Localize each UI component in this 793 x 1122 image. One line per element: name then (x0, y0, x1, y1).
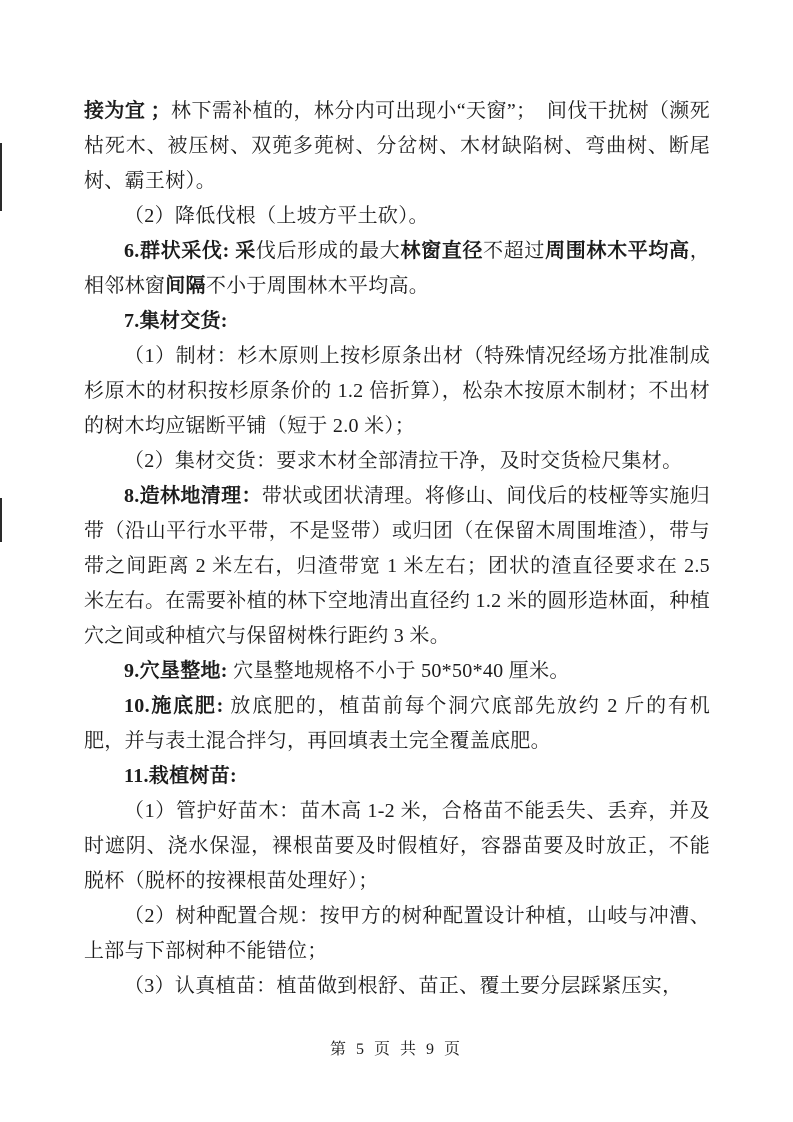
text-run: 带状或团状清理。将修山、间伐后的枝桠等实施归带（沿山平行水平带，不是竖带）或归团… (84, 485, 710, 647)
text-run: （1）管护好苗木：苗木高 1-2 米，合格苗不能丢失、丢弃，并及时遮阴、浇水保湿… (84, 800, 710, 892)
paragraph: 8.造林地清理：带状或团状清理。将修山、间伐后的枝桠等实施归带（沿山平行水平带，… (84, 479, 710, 654)
paragraph: （2）降低伐根（上坡方平土砍）。 (84, 199, 710, 234)
paragraph: 9.穴垦整地: 穴垦整地规格不小于 50*50*40 厘米。 (84, 654, 710, 689)
page-number-text: 第 5 页 共 9 页 (330, 1041, 463, 1058)
text-run: 不超过 (483, 240, 545, 262)
paragraph: 10.施底肥: 放底肥的，植苗前每个洞穴底部先放约 2 斤的有机肥，并与表土混合… (84, 689, 710, 759)
scan-edge-artifact (0, 143, 2, 211)
text-run: （2）树种配置合规：按甲方的树种配置设计种植，山岐与冲漕、上部与下部树种不能错位… (84, 905, 710, 962)
text-run: （2）降低伐根（上坡方平土砍）。 (124, 205, 429, 227)
text-run-bold: 林窗直径 (400, 240, 483, 262)
document-body: 接为宜 ；林下需补植的，林分内可出现小“天窗”； 间伐干扰树（濒死枯死木、被压树… (84, 94, 710, 1004)
paragraph: 接为宜 ；林下需补植的，林分内可出现小“天窗”； 间伐干扰树（濒死枯死木、被压树… (84, 94, 710, 199)
text-run-bold: 11.栽植树苗: (124, 765, 237, 787)
paragraph: （1）制材：杉木原则上按杉原条出材（特殊情况经场方批准制成杉原木的材积按杉原条价… (84, 339, 710, 444)
paragraph: （2）集材交货：要求木材全部清拉干净，及时交货检尺集材。 (84, 444, 710, 479)
text-run-bold: 7.集材交货: (124, 310, 228, 332)
paragraph: 7.集材交货: (84, 304, 710, 339)
text-run: 穴垦整地规格不小于 50*50*40 厘米。 (228, 660, 570, 682)
text-run: （2）集材交货：要求木材全部清拉干净，及时交货检尺集材。 (124, 450, 682, 472)
page-footer: 第 5 页 共 9 页 (0, 1036, 793, 1059)
text-run-bold: 6.群状采伐: 采 (124, 240, 256, 262)
paragraph: （2）树种配置合规：按甲方的树种配置设计种植，山岐与冲漕、上部与下部树种不能错位… (84, 899, 710, 969)
document-page: 接为宜 ；林下需补植的，林分内可出现小“天窗”； 间伐干扰树（濒死枯死木、被压树… (0, 0, 793, 1122)
text-run: 不小于周围林木平均高。 (206, 275, 429, 297)
text-run-bold: 周围林木平均高 (545, 240, 690, 262)
text-run-bold: 8.造林地清理： (124, 485, 262, 507)
paragraph: （1）管护好苗木：苗木高 1-2 米，合格苗不能丢失、丢弃，并及时遮阴、浇水保湿… (84, 794, 710, 899)
scan-edge-artifact (0, 498, 2, 542)
text-run: 林下需补植的，林分内可出现小“天窗”； 间伐干扰树（濒死枯死木、被压树、双蔸多蔸… (84, 100, 710, 192)
text-run-bold: 9.穴垦整地: (124, 660, 228, 682)
text-run-bold: 10.施底肥: (124, 695, 224, 717)
text-run: （1）制材：杉木原则上按杉原条出材（特殊情况经场方批准制成杉原木的材积按杉原条价… (84, 345, 710, 437)
paragraph: （3）认真植苗：植苗做到根舒、苗正、覆土要分层踩紧压实， (84, 969, 710, 1004)
text-run: （3）认真植苗：植苗做到根舒、苗正、覆土要分层踩紧压实， (124, 975, 682, 997)
text-run-bold: 接为宜 ； (84, 100, 171, 122)
text-run: 伐后形成的最大 (256, 240, 401, 262)
text-run-bold: 间隔 (165, 275, 206, 297)
paragraph: 11.栽植树苗: (84, 759, 710, 794)
paragraph: 6.群状采伐: 采伐后形成的最大林窗直径不超过周围林木平均高，相邻林窗间隔不小于… (84, 234, 710, 304)
